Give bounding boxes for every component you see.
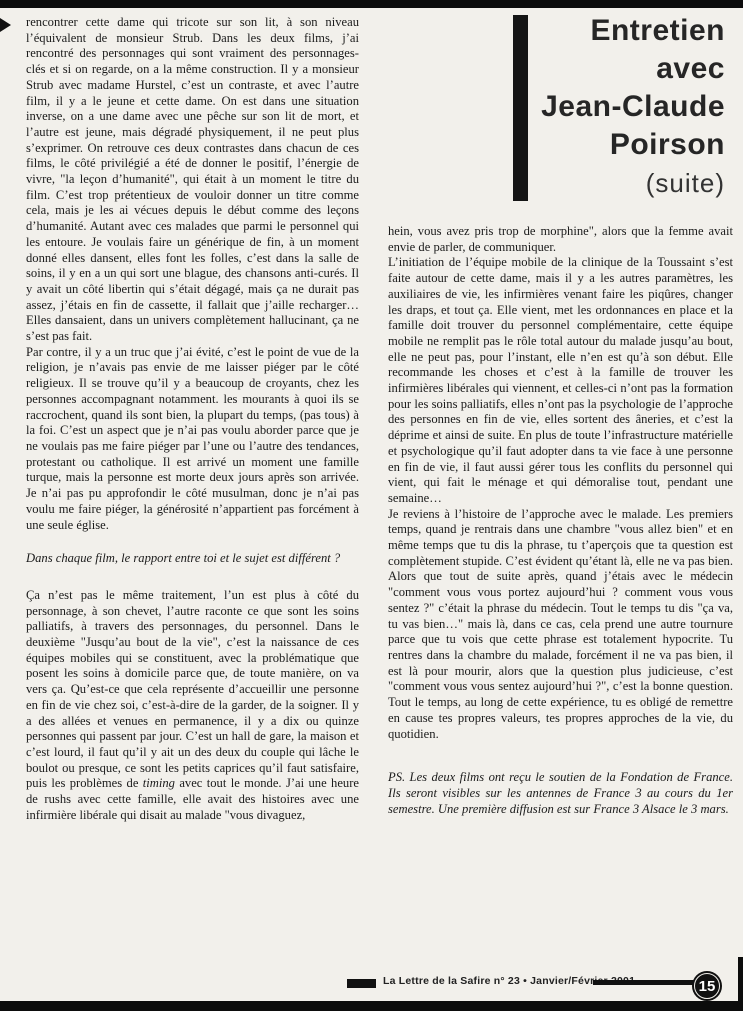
footer: La Lettre de la Safire n° 23 • Janvier/F… — [0, 965, 743, 1001]
page-number: 15 — [694, 973, 720, 999]
title-line: Entretien — [541, 12, 725, 50]
paragraph: Par contre, il y a un truc que j’ai évit… — [26, 345, 359, 533]
title-line: Poirson — [541, 126, 725, 164]
right-column: hein, vous avez pris trop de morphine", … — [388, 224, 733, 817]
title-suite: (suite) — [541, 164, 725, 202]
paragraph: L’initiation de l’équipe mobile de la cl… — [388, 255, 733, 506]
magazine-page: rencontrer cette dame qui tricote sur so… — [0, 0, 743, 1011]
paragraph: Ça n’est pas le même traitement, l’un es… — [26, 588, 359, 824]
article-title: Entretien avec Jean-Claude Poirson (suit… — [541, 12, 725, 202]
interview-question: Dans chaque film, le rapport entre toi e… — [26, 551, 359, 567]
left-column: rencontrer cette dame qui tricote sur so… — [26, 15, 359, 823]
italic-word: timing — [143, 776, 175, 790]
title-line: avec — [541, 50, 725, 88]
page-number-badge: 15 — [692, 971, 722, 1001]
footer-rule — [593, 980, 705, 985]
postscript: PS. Les deux films ont reçu le soutien d… — [388, 770, 733, 817]
scan-bottom-edge — [0, 1001, 743, 1011]
continuation-arrow-icon — [0, 18, 11, 32]
paragraph: rencontrer cette dame qui tricote sur so… — [26, 15, 359, 345]
footer-chip — [347, 979, 376, 988]
paragraph: hein, vous avez pris trop de morphine", … — [388, 224, 733, 255]
scan-top-edge — [0, 0, 743, 8]
title-line: Jean-Claude — [541, 88, 725, 126]
paragraph: Je reviens à l’histoire de l’approche av… — [388, 507, 733, 743]
paragraph-text: Ça n’est pas le même traitement, l’un es… — [26, 588, 359, 790]
title-rule — [513, 15, 528, 201]
